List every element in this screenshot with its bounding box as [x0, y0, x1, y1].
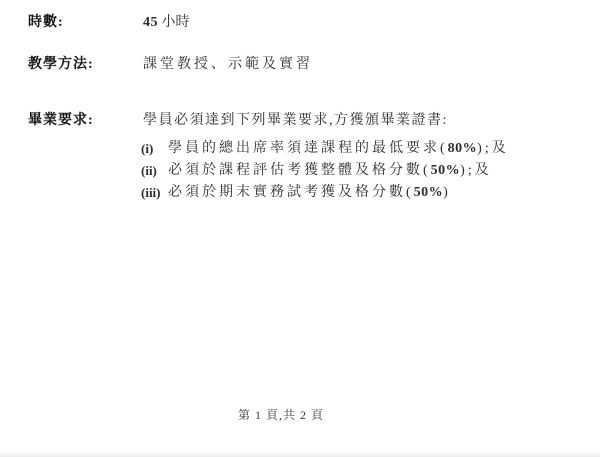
requirement-text: 必須於期末實務試考獲及格分數(50%) [168, 184, 451, 201]
requirement-row: (iii) 必須於期末實務試考獲及格分數(50%) [0, 184, 600, 202]
requirement-percentage: 80% [448, 141, 478, 156]
requirement-text: 學員的總出席率須達課程的最低要求(80%);及 [168, 140, 509, 157]
requirement-marker: (iii) [141, 184, 161, 201]
requirement-marker: (i) [141, 140, 153, 157]
field-value-teaching-method: 課堂教授、示範及實習 [143, 56, 313, 73]
requirement-text-after: );及 [460, 163, 492, 178]
hours-number: 45 [143, 15, 158, 30]
hours-unit: 小時 [158, 15, 190, 30]
requirement-percentage: 50% [431, 163, 461, 178]
requirement-text-before: 必須於課程評估考獲整體及格分數( [168, 163, 431, 178]
requirement-text-after: ) [443, 185, 451, 200]
requirement-row: (ii) 必須於課程評估考獲整體及格分數(50%);及 [0, 162, 600, 180]
field-label-teaching-method: 教學方法: [28, 56, 94, 73]
field-value-graduation-requirements: 學員必須達到下列畢業要求,方獲頒畢業證書: [143, 112, 448, 129]
document-page: 時數: 45 小時 教學方法: 課堂教授、示範及實習 畢業要求: 學員必須達到下… [0, 0, 600, 457]
requirement-text-before: 必須於期末實務試考獲及格分數( [168, 185, 414, 200]
requirement-text-before: 學員的總出席率須達課程的最低要求( [168, 141, 448, 156]
requirement-marker: (ii) [141, 162, 157, 179]
page-footer: 第 1 頁,共 2 頁 [0, 408, 562, 422]
page-bottom-edge [0, 451, 600, 457]
requirement-percentage: 50% [414, 185, 444, 200]
field-value-hours: 45 小時 [143, 14, 190, 31]
page-indicator: 第 1 頁,共 2 頁 [238, 408, 324, 422]
requirement-text: 必須於課程評估考獲整體及格分數(50%);及 [168, 162, 492, 179]
field-label-graduation-requirements: 畢業要求: [28, 112, 94, 129]
requirement-row: (i) 學員的總出席率須達課程的最低要求(80%);及 [0, 140, 600, 158]
field-label-hours: 時數: [28, 14, 64, 31]
requirement-text-after: );及 [477, 141, 509, 156]
